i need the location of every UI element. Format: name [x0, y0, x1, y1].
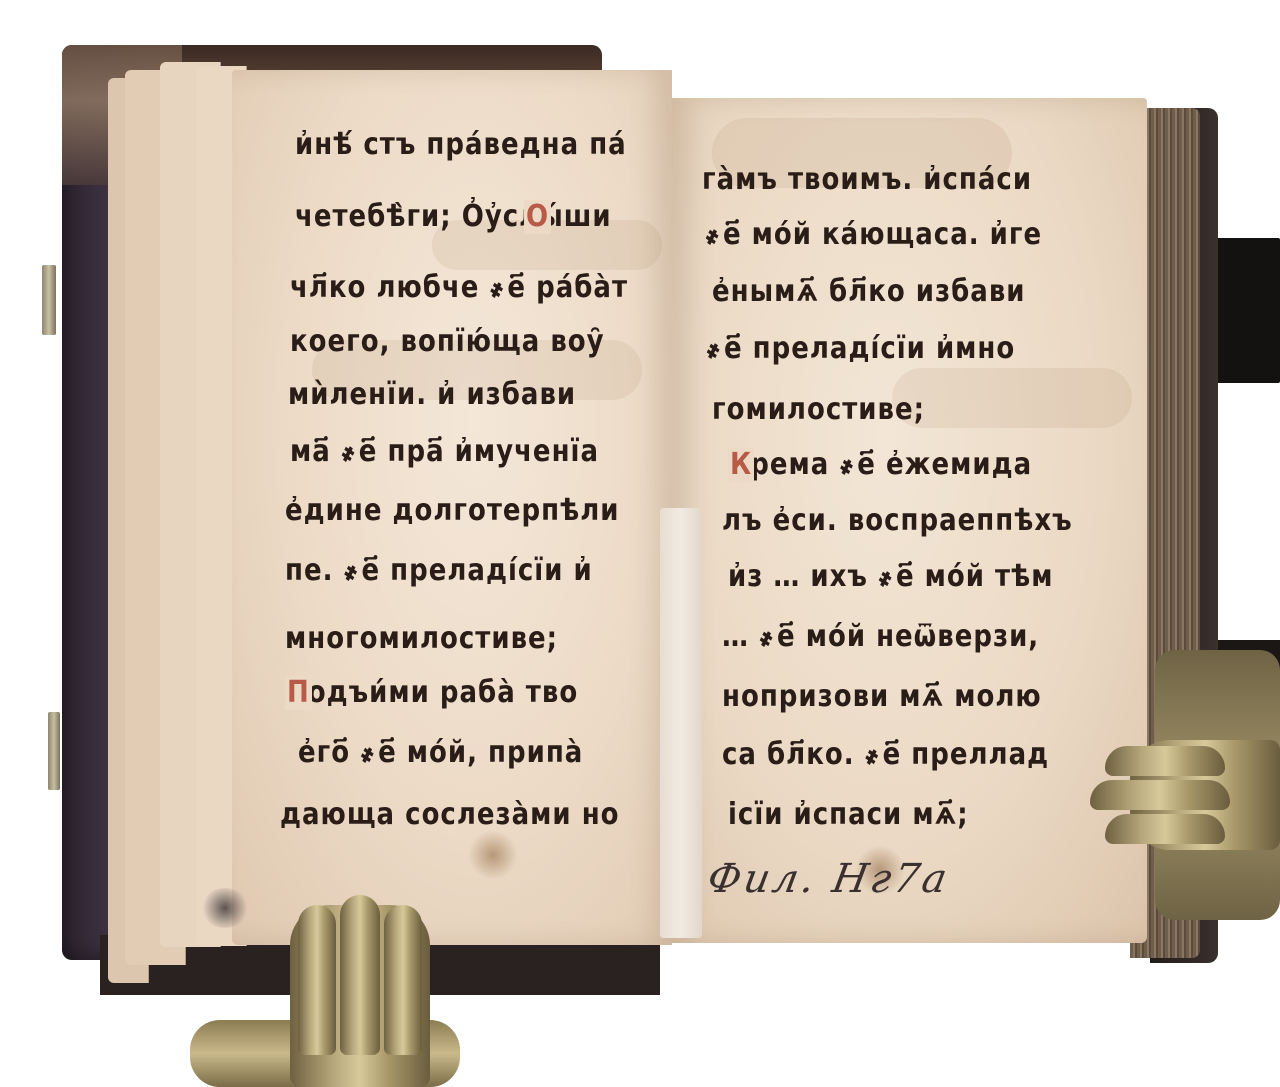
rubric-initial: О — [524, 200, 551, 235]
clasp-pin-lower — [48, 712, 60, 790]
text-line: нопризови мѧ҃ молю — [722, 680, 1042, 715]
text-line: многомилостиве; — [285, 622, 558, 657]
text-line: дающа сослеза̀ми но — [280, 798, 620, 833]
text-line: ма҃ ҂е҃ пра҃ и҆мученїа — [290, 435, 599, 470]
text-line: коего, вопїю́ща воу̑ — [290, 325, 605, 360]
ink-stain — [468, 830, 518, 880]
text-line: са бл҃ко. ҂е҃ преллад — [722, 738, 1049, 773]
rubric-initial: П — [285, 676, 312, 711]
page-stub — [660, 508, 702, 938]
brass-hand-clasp-bottom — [290, 905, 430, 1087]
text-line: е҆го҃ ҂е҃ мо́й, припа̀ — [298, 736, 583, 771]
text-line: е҆нымѧ҃ бл҃ко избави — [712, 275, 1026, 310]
text-line rubric-line: Крема ҂е҃ е҆жемида — [728, 448, 1032, 483]
brass-hand-clasp-right — [1130, 740, 1280, 850]
text-line: ісїи и҆спаси мѧ҃; — [728, 798, 969, 833]
handwritten-signature: Фил. Нг7а — [704, 856, 953, 902]
ink-stain — [200, 888, 250, 928]
text-line: лъ е҆си. воспраеппѣхъ — [722, 504, 1073, 539]
text-line: и҆з … ихъ ҂е҃ мо́й тѣм — [728, 560, 1054, 595]
text-line: чл҃ко любче ҂е҃ ра́ба̀т — [290, 271, 628, 306]
clasp-pin-upper — [42, 265, 56, 335]
text-line: ҂е҃ мо́й ка́ющаса. и҆ге — [705, 218, 1042, 253]
text-line rubric-line: Подъи́ми раба̀ тво — [285, 676, 578, 711]
text-line: … ҂е҃ мо́й неѿверзи, — [722, 620, 1039, 655]
text-line: ҂е҃ преладі́сїи и҆мно — [706, 332, 1015, 367]
text-line: е҆дине долготерпѣли — [285, 494, 620, 529]
text-line: га̀мъ твоимъ. и҆спа́си — [702, 163, 1032, 198]
text-line: мѝленїи. и҆ избави — [288, 378, 576, 413]
text-line: гомилостиве; — [712, 393, 925, 428]
text-line: четебѣ̀ги; О҆у҆слы́ши — [295, 200, 612, 235]
water-stain — [892, 368, 1132, 428]
text-line: и҆нѣ́ стъ пра́ведна па́ — [295, 128, 627, 163]
text-line: пе. ҂е҃ преладі́сїи и҆ — [285, 554, 593, 589]
rubric-initial: К — [728, 448, 754, 483]
